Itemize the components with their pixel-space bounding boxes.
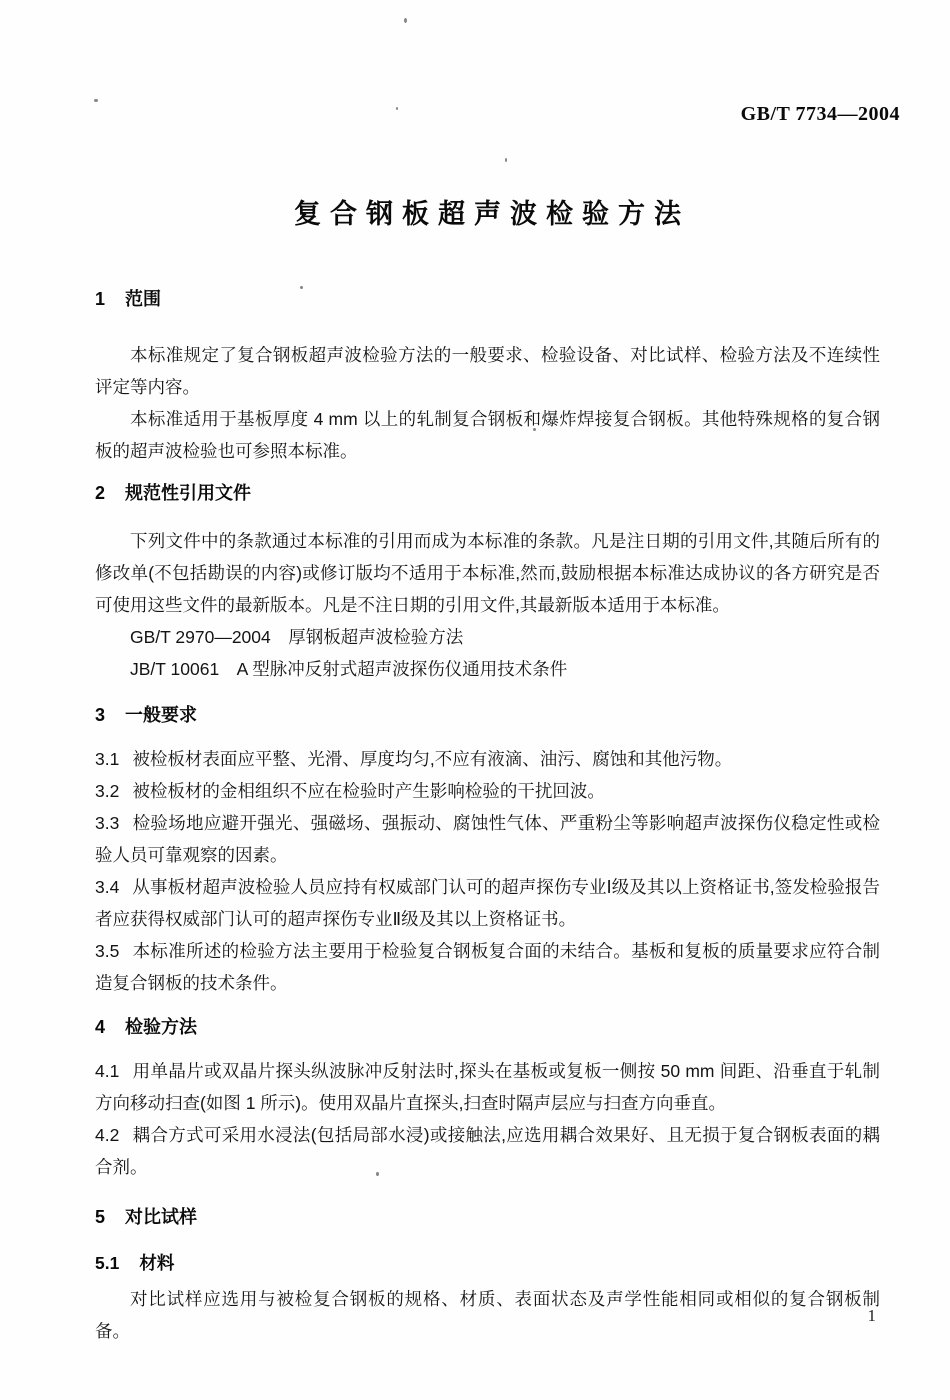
section-number: 1 [95, 289, 125, 309]
section-title: 一般要求 [125, 705, 197, 725]
page-number: 1 [868, 1306, 877, 1326]
paragraph: 本标准规定了复合钢板超声波检验方法的一般要求、检验设备、对比试样、检验方法及不连… [95, 339, 880, 403]
clause-text: 被检板材的金相组织不应在检验时产生影响检验的干扰回波。 [132, 781, 605, 801]
clause-number: 3.3 [95, 813, 132, 833]
scan-speck [505, 158, 507, 162]
section-title: 检验方法 [125, 1017, 197, 1037]
clause-text: 从事板材超声波检验人员应持有权威部门认可的超声探伤专业Ⅰ级及其以上资格证书,签发… [95, 877, 880, 929]
reference-item: GB/T 2970—2004 厚钢板超声波检验方法 [95, 621, 880, 653]
document-content: 复合钢板超声波检验方法 1范围 本标准规定了复合钢板超声波检验方法的一般要求、检… [0, 193, 950, 1347]
paragraph: 对比试样应选用与被检复合钢板的规格、材质、表面状态及声学性能相同或相似的复合钢板… [95, 1283, 880, 1347]
document-page: GB/T 7734—2004 复合钢板超声波检验方法 1范围 本标准规定了复合钢… [0, 0, 950, 1400]
clause-number: 4.2 [95, 1125, 132, 1145]
scan-speck [396, 107, 398, 110]
section-number: 5 [95, 1207, 125, 1227]
clause-number: 3.2 [95, 781, 132, 801]
clause-number: 3.4 [95, 877, 132, 897]
clause-text: 耦合方式可采用水浸法(包括局部水浸)或接触法,应选用耦合效果好、且无损于复合钢板… [95, 1125, 880, 1177]
section-3-heading: 3一般要求 [95, 703, 880, 727]
section-title: 范围 [125, 289, 161, 309]
section-title: 规范性引用文件 [125, 483, 251, 503]
subsection-5-1-heading: 5.1材料 [95, 1251, 880, 1275]
document-title: 复合钢板超声波检验方法 [95, 193, 880, 235]
subsection-title: 材料 [139, 1253, 174, 1273]
clause: 3.5本标准所述的检验方法主要用于检验复合钢板复合面的未结合。基板和复板的质量要… [95, 935, 880, 999]
clause: 4.1用单晶片或双晶片探头纵波脉冲反射法时,探头在基板或复板一侧按 50 mm … [95, 1055, 880, 1119]
paragraph: 本标准适用于基板厚度 4 mm 以上的轧制复合钢板和爆炸焊接复合钢板。其他特殊规… [95, 403, 880, 467]
paragraph: 下列文件中的条款通过本标准的引用而成为本标准的条款。凡是注日期的引用文件,其随后… [95, 525, 880, 621]
clause: 3.2被检板材的金相组织不应在检验时产生影响检验的干扰回波。 [95, 775, 880, 807]
standard-number: GB/T 7734—2004 [741, 103, 900, 126]
clause-number: 3.1 [95, 749, 132, 769]
subsection-number: 5.1 [95, 1253, 139, 1273]
clause-text: 被检板材表面应平整、光滑、厚度均匀,不应有液滴、油污、腐蚀和其他污物。 [132, 749, 732, 769]
clause-number: 3.5 [95, 941, 132, 961]
clause: 3.1被检板材表面应平整、光滑、厚度均匀,不应有液滴、油污、腐蚀和其他污物。 [95, 743, 880, 775]
section-title: 对比试样 [125, 1207, 197, 1227]
section-number: 2 [95, 483, 125, 503]
clause: 3.3检验场地应避开强光、强磁场、强振动、腐蚀性气体、严重粉尘等影响超声波探伤仪… [95, 807, 880, 871]
scan-speck [94, 99, 98, 102]
clause: 3.4从事板材超声波检验人员应持有权威部门认可的超声探伤专业Ⅰ级及其以上资格证书… [95, 871, 880, 935]
clause-number: 4.1 [95, 1061, 132, 1081]
section-number: 4 [95, 1017, 125, 1037]
section-4-heading: 4检验方法 [95, 1015, 880, 1039]
clause-text: 用单晶片或双晶片探头纵波脉冲反射法时,探头在基板或复板一侧按 50 mm 间距、… [95, 1061, 880, 1113]
section-2-heading: 2规范性引用文件 [95, 481, 880, 505]
reference-item: JB/T 10061 A 型脉冲反射式超声波探伤仪通用技术条件 [95, 653, 880, 685]
section-number: 3 [95, 705, 125, 725]
section-1-heading: 1范围 [95, 287, 880, 311]
scan-speck [404, 18, 407, 23]
clause-text: 检验场地应避开强光、强磁场、强振动、腐蚀性气体、严重粉尘等影响超声波探伤仪稳定性… [95, 813, 880, 865]
section-5-heading: 5对比试样 [95, 1205, 880, 1229]
clause-text: 本标准所述的检验方法主要用于检验复合钢板复合面的未结合。基板和复板的质量要求应符… [95, 941, 880, 993]
clause: 4.2耦合方式可采用水浸法(包括局部水浸)或接触法,应选用耦合效果好、且无损于复… [95, 1119, 880, 1183]
